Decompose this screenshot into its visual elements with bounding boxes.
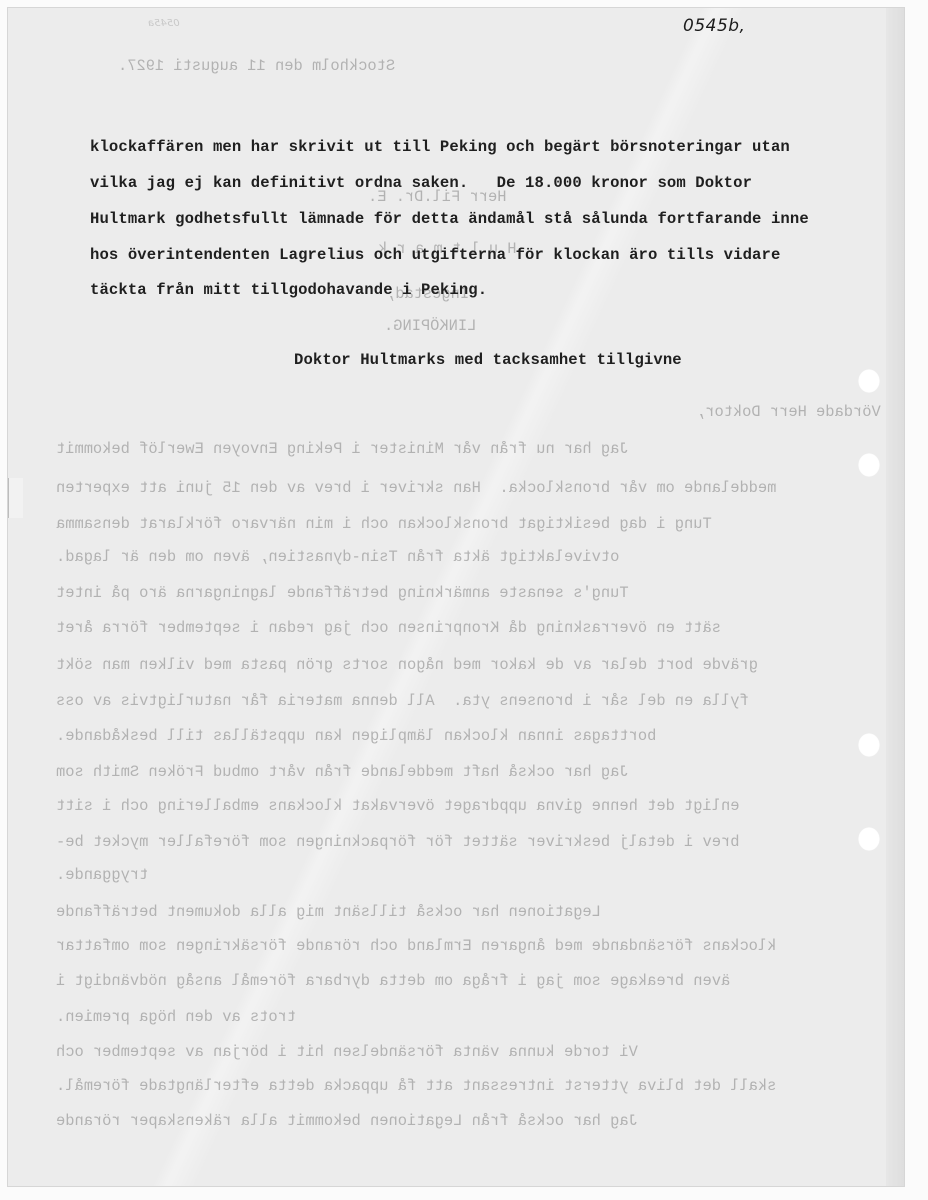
ghost-line: otvivelaktigt äkta från Tsin-dynastien, …: [56, 548, 619, 566]
ghost-line: Vi torde kunna vänta försändelsen hit i …: [56, 1043, 638, 1061]
punch-hole: [858, 453, 880, 477]
closing-line: Doktor Hultmarks med tacksamhet tillgivn…: [294, 351, 682, 369]
pencil-archive-number: 0545a: [148, 18, 180, 29]
ghost-line: Jag har nu från vår Minister i Peking En…: [56, 440, 629, 458]
punch-hole: [858, 827, 880, 851]
ghost-line: även breakage som jag i fråga om detta d…: [56, 972, 730, 990]
ghost-line: enligt det henne givna uppdraget övervak…: [56, 797, 739, 815]
ghost-line: Tung's senaste anmärkning beträffande la…: [56, 584, 629, 602]
ghost-line: brev i detalj beskriver sättet för förpa…: [56, 833, 739, 851]
body-line: klockaffären men har skrivit ut till Pek…: [90, 138, 790, 156]
body-line: hos överintendenten Lagrelius och utgift…: [90, 246, 780, 264]
ghost-line: klockans försändande med ångaren Ermland…: [56, 937, 776, 955]
body-line: Hultmark godhetsfullt lämnade för detta …: [90, 210, 809, 228]
ghost-line: grävde bort delar av de kakor med någon …: [56, 656, 758, 674]
ghost-line: meddelande om vår bronsklocka. Han skriv…: [56, 479, 776, 497]
archive-number: 0545b,: [683, 16, 745, 36]
punch-hole: [858, 733, 880, 757]
ghost-date-line: Stockholm den 11 augusti 1927.: [118, 57, 395, 75]
ghost-line: sätt en överraskning då Kronprinsen och …: [56, 619, 721, 637]
ghost-line: Legationen har också tillsänt mig alla d…: [56, 903, 601, 921]
ghost-line: Tung i dag besiktigat bronsklockan och i…: [56, 515, 712, 533]
paper-tear: [8, 478, 23, 518]
ghost-line: Jag har också haft meddelande från vårt …: [56, 763, 629, 781]
punch-hole: [858, 369, 880, 393]
body-line: täckta från mitt tillgodohavande i Pekin…: [90, 281, 487, 299]
ghost-line: tryggande.: [56, 866, 148, 884]
ghost-line: skall det bliva ytterst intressant att f…: [56, 1077, 776, 1095]
ghost-line: borttagas innan klockan lämpligen kan up…: [56, 727, 656, 745]
ghost-salutation: Vördade Herr Doktor,: [696, 403, 881, 421]
body-line: vilka jag ej kan definitivt ordna saken.…: [90, 174, 752, 192]
ghost-addressee-line: LINKÖPING.: [384, 317, 476, 335]
ghost-line: fylla en del sår i bronsens yta. All den…: [56, 692, 749, 710]
ghost-line: trots av den höga premien.: [56, 1008, 296, 1026]
paper-edge: [886, 8, 904, 1186]
ghost-line: Jag har också från Legationen bekommit a…: [56, 1112, 638, 1130]
